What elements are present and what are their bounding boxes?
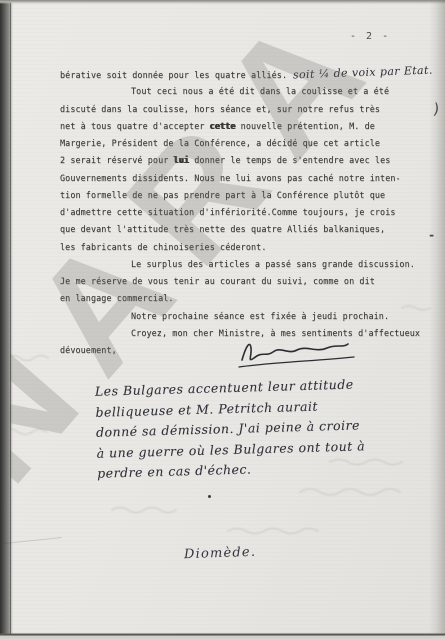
ink-dot bbox=[208, 495, 211, 498]
typed-line: Notre prochaine séance est fixée à jeudi… bbox=[60, 308, 410, 325]
typed-line: Gouvernements dissidents. Nous ne lui av… bbox=[60, 170, 410, 187]
typed-text-segment: net à tous quatre d'accepter bbox=[60, 121, 210, 131]
typed-text-segment: 2 serait réservé pour bbox=[60, 155, 174, 165]
typed-line: Margerie, Président de la Conférence, a … bbox=[60, 135, 410, 152]
typed-text-segment: tion formelle de ne pas prendre part à l… bbox=[60, 190, 385, 200]
typed-text-segment: en langage commercial. bbox=[60, 293, 174, 303]
typed-text-segment: les fabricants de chinoiseries céderont. bbox=[60, 242, 267, 252]
typed-line: d'admettre cette situation d'infériorité… bbox=[60, 204, 410, 221]
scan-edge-right bbox=[429, 0, 445, 640]
typed-text-segment: Tout ceci nous a été dit dans la couliss… bbox=[131, 86, 389, 96]
handwritten-inline-annotation: soit ¼ de voix par Etat. bbox=[293, 62, 433, 84]
typed-text-segment: Je me réserve de vous tenir au courant d… bbox=[60, 276, 375, 286]
typed-text-segment: donner le temps de s'entendre avec les bbox=[189, 155, 390, 165]
typed-line: discuté dans la coulisse, hors séance et… bbox=[60, 101, 410, 118]
typed-text-segment: lui bbox=[174, 155, 190, 165]
sender-signature-scrawl bbox=[236, 336, 360, 376]
typed-line: les fabricants de chinoiseries céderont. bbox=[60, 239, 410, 256]
typed-text-segment: bérative soit donnée pour les quatre all… bbox=[60, 70, 287, 80]
typed-line: bérative soit donnée pour les quatre all… bbox=[60, 66, 410, 83]
typed-text-segment: Gouvernements dissidents. Nous ne lui av… bbox=[60, 173, 401, 183]
typed-line: net à tous quatre d'accepter cette nouve… bbox=[60, 118, 410, 135]
typed-text-segment: nouvelle prétention, M. de bbox=[236, 121, 375, 131]
typed-line: Tout ceci nous a été dit dans la couliss… bbox=[60, 83, 410, 100]
typed-line: tion formelle de ne pas prendre part à l… bbox=[60, 187, 410, 204]
typed-text-segment: Le surplus des articles a passé sans gra… bbox=[131, 259, 415, 269]
typed-line: que devant l'attitude très nette des qua… bbox=[60, 221, 410, 238]
typed-text-segment: discuté dans la coulisse, hors séance et… bbox=[60, 104, 380, 114]
typed-text-segment: d'admettre cette situation d'infériorité… bbox=[60, 207, 396, 217]
typed-line: en langage commercial. bbox=[60, 290, 410, 307]
page-number: - 2 - bbox=[350, 31, 390, 42]
typed-text-segment: Margerie, Président de la Conférence, a … bbox=[60, 138, 380, 148]
typed-text-segment: dévouement, bbox=[60, 345, 117, 355]
typed-text-segment: que devant l'attitude très nette des qua… bbox=[60, 224, 385, 234]
scan-edge-left bbox=[0, 0, 13, 640]
typed-text-segment: cette bbox=[210, 121, 236, 131]
typed-line: Je me réserve de vous tenir au courant d… bbox=[60, 273, 410, 290]
handwritten-note: Les Bulgares accentuent leur attitude be… bbox=[95, 374, 368, 484]
scan-edge-bottom bbox=[0, 631, 445, 640]
scanned-letter-page: - 2 - bérative soit donnée pour les quat… bbox=[0, 0, 445, 640]
typed-line: 2 serait réservé pour lui donner le temp… bbox=[60, 152, 410, 169]
typed-text-segment: Notre prochaine séance est fixée à jeudi… bbox=[131, 311, 389, 321]
scan-edge-top bbox=[0, 0, 445, 4]
reviewer-signature: Diomède. bbox=[184, 545, 257, 563]
typed-line: Le surplus des articles a passé sans gra… bbox=[60, 256, 410, 273]
typed-letter-body: bérative soit donnée pour les quatre all… bbox=[60, 66, 410, 359]
